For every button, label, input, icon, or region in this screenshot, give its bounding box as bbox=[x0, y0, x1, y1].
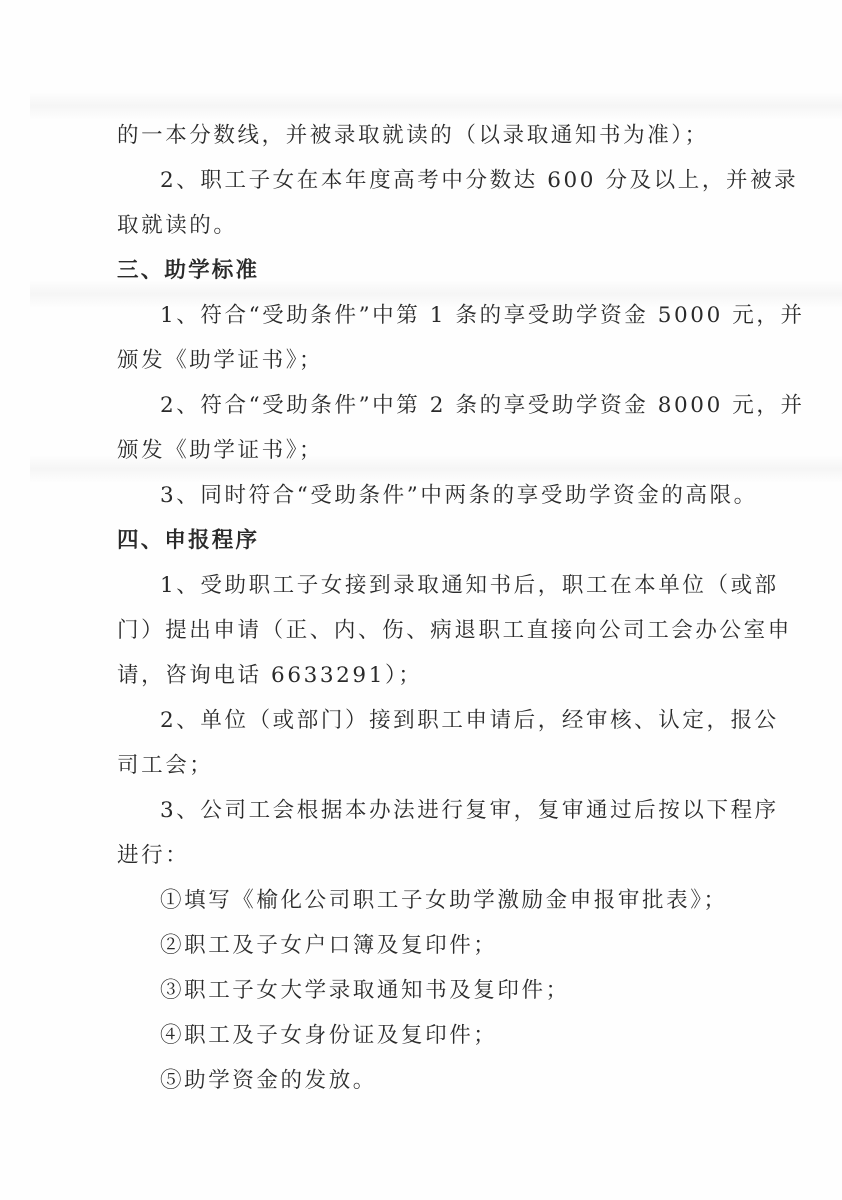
paragraph-line: 取就读的。 bbox=[117, 203, 747, 248]
standard-item-3: 3、同时符合“受助条件”中两条的享受助学资金的高限。 bbox=[117, 473, 747, 518]
procedure-item-2: 2、单位（或部门）接到职工申请后，经审核、认定，报公 bbox=[117, 698, 747, 743]
scanned-document-page: 的一本分数线，并被录取就读的（以录取通知书为准）； 2、职工子女在本年度高考中分… bbox=[0, 0, 842, 1200]
procedure-item-3: 3、公司工会根据本办法进行复审，复审通过后按以下程序 bbox=[117, 788, 747, 833]
procedure-step-2: ②职工及子女户口簿及复印件； bbox=[117, 923, 747, 968]
procedure-step-4: ④职工及子女身份证及复印件； bbox=[117, 1013, 747, 1058]
paragraph-line: 颁发《助学证书》； bbox=[117, 338, 747, 383]
procedure-item-1: 1、受助职工子女接到录取通知书后，职工在本单位（或部 bbox=[117, 563, 747, 608]
procedure-step-5: ⑤助学资金的发放。 bbox=[117, 1058, 747, 1103]
procedure-step-3: ③职工子女大学录取通知书及复印件； bbox=[117, 968, 747, 1013]
paragraph-line: 颁发《助学证书》； bbox=[117, 428, 747, 473]
standard-item-1: 1、符合“受助条件”中第 1 条的享受助学资金 5000 元，并 bbox=[117, 293, 747, 338]
paragraph-line: 司工会； bbox=[117, 743, 747, 788]
standard-item-2: 2、符合“受助条件”中第 2 条的享受助学资金 8000 元，并 bbox=[117, 383, 747, 428]
document-body: 的一本分数线，并被录取就读的（以录取通知书为准）； 2、职工子女在本年度高考中分… bbox=[117, 113, 747, 1103]
section-heading-aid-standard: 三、助学标准 bbox=[117, 248, 747, 293]
section-heading-application-procedure: 四、申报程序 bbox=[117, 518, 747, 563]
paragraph-line: 进行： bbox=[117, 833, 747, 878]
paragraph-line: 请，咨询电话 6633291）； bbox=[117, 653, 747, 698]
condition-item-2: 2、职工子女在本年度高考中分数达 600 分及以上，并被录 bbox=[117, 158, 747, 203]
paragraph-line: 的一本分数线，并被录取就读的（以录取通知书为准）； bbox=[117, 113, 747, 158]
procedure-step-1: ①填写《榆化公司职工子女助学激励金申报审批表》； bbox=[117, 878, 747, 923]
paragraph-line: 门）提出申请（正、内、伤、病退职工直接向公司工会办公室申 bbox=[117, 608, 747, 653]
